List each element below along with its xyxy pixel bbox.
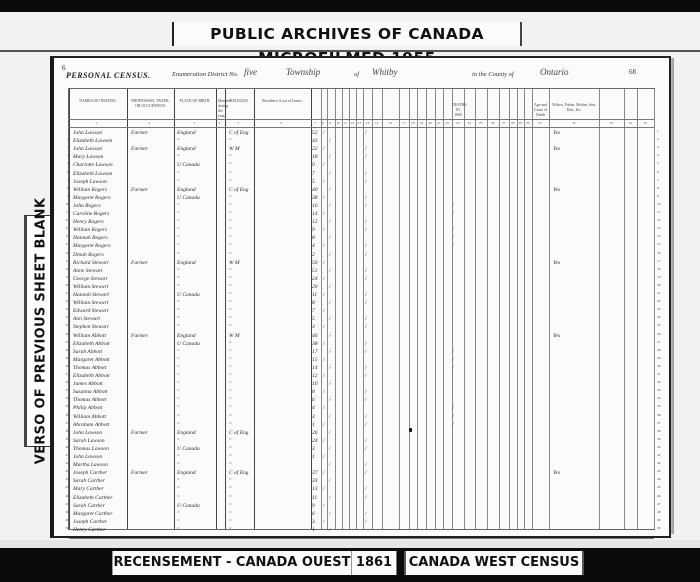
row-number: 21 [59, 291, 69, 295]
row-number-right: 48 [657, 510, 667, 514]
column-header: Widow, Father, Mother, Son, Dau., &c. [549, 103, 599, 113]
county-label: in the County of [472, 71, 514, 78]
row-number: 26 [59, 332, 69, 336]
row-number-right: 22 [657, 299, 667, 303]
row-number-right: 37 [657, 421, 667, 425]
of-value: Whitby [372, 67, 398, 77]
row-number-right: 40 [657, 445, 667, 449]
row-number-right: 41 [657, 453, 667, 457]
row-number: 27 [59, 340, 69, 344]
inmate-name: Henry Carther [73, 526, 106, 535]
row-number-right: 44 [657, 477, 667, 481]
row-number-right: 36 [657, 413, 667, 417]
row-number-right: 30 [657, 364, 667, 368]
row-number-right: 33 [657, 388, 667, 392]
row-number: 4 [59, 153, 69, 157]
row-number: 16 [59, 251, 69, 255]
row-number-right: 39 [657, 437, 667, 441]
page-number: 68 [629, 68, 636, 76]
column-number: 26 [491, 121, 495, 125]
column-header: PLACE OF BIRTH. [176, 99, 214, 104]
row-number-right: 10 [657, 202, 667, 206]
column-number: 12 [351, 121, 355, 125]
row-number: 47 [59, 502, 69, 506]
of-label: of [354, 71, 359, 78]
column-number: 23 [456, 121, 460, 125]
column-number: 20 [429, 121, 433, 125]
county-value: Ontario [540, 67, 569, 77]
row-number-right: 16 [657, 251, 667, 255]
row-number: 50 [59, 526, 69, 530]
row-number-right: 26 [657, 332, 667, 336]
column-number: 30 [526, 121, 530, 125]
column-number: 35 [644, 121, 648, 125]
row-number: 43 [59, 469, 69, 473]
row-number: 37 [59, 421, 69, 425]
row-number-right: 43 [657, 469, 667, 473]
row-number: 42 [59, 461, 69, 465]
column-number: 6 [281, 121, 283, 125]
header-rule [69, 119, 654, 120]
row-number-right: 28 [657, 348, 667, 352]
row-number: 46 [59, 494, 69, 498]
row-number-right: 32 [657, 380, 667, 384]
column-number: 29 [519, 121, 523, 125]
row-number-right: 18 [657, 267, 667, 271]
row-number: 13 [59, 226, 69, 230]
column-number: 32 [572, 121, 576, 125]
table-row: 50Henry Carther""1/50 [69, 526, 654, 535]
row-number: 20 [59, 283, 69, 287]
row-number-right: 25 [657, 323, 667, 327]
column-header: Residence if out of Limits. [256, 99, 309, 104]
column-number: 7 [314, 121, 316, 125]
header-rule [69, 127, 654, 128]
row-number: 28 [59, 348, 69, 352]
column-number: 22 [446, 121, 450, 125]
row-number-right: 3 [657, 145, 667, 149]
row-number: 34 [59, 396, 69, 400]
column-header: DEATHS IN 1860 [452, 103, 464, 118]
column-number: 19 [420, 121, 424, 125]
census-label: CANADA WEST CENSUS [404, 551, 584, 575]
row-number: 9 [59, 194, 69, 198]
column-number: 27 [502, 121, 506, 125]
row-number: 18 [59, 267, 69, 271]
column-header: PROFESSION, TRADE, OR OCCUPATION. [129, 99, 172, 109]
column-number: 28 [511, 121, 515, 125]
column-header: Married during the year. [218, 99, 223, 119]
row-number: 2 [59, 137, 69, 141]
census-label-text: CANADA WEST CENSUS [406, 551, 582, 575]
column-number: 5 [238, 121, 240, 125]
column-number: 21 [437, 121, 441, 125]
column-number: 34 [629, 121, 633, 125]
row-number-right: 14 [657, 234, 667, 238]
row-number: 35 [59, 404, 69, 408]
row-number-right: 31 [657, 372, 667, 376]
column-number: 11 [344, 121, 347, 125]
column-number: 10 [337, 121, 341, 125]
age: 1 [312, 526, 315, 535]
column-number: 1 [96, 121, 98, 125]
recensement-label: RECENSEMENT - CANADA OUEST [112, 551, 352, 575]
row-number: 41 [59, 453, 69, 457]
row-number: 3 [59, 145, 69, 149]
row-number: 12 [59, 218, 69, 222]
column-header: NAMES OF INMATES. [71, 99, 125, 104]
column-number: 2 [149, 121, 151, 125]
row-number: 11 [59, 210, 69, 214]
row-number-right: 20 [657, 283, 667, 287]
row-number-right: 9 [657, 194, 667, 198]
row-number-right: 23 [657, 307, 667, 311]
year-text: 1861 [352, 551, 396, 575]
row-number: 30 [59, 364, 69, 368]
row-number-right: 24 [657, 315, 667, 319]
column-header: Age and Cause of Death [532, 103, 549, 118]
row-number: 49 [59, 518, 69, 522]
form-title: PERSONAL CENSUS. [66, 71, 151, 80]
row-number-right: 4 [657, 153, 667, 157]
row-number-right: 46 [657, 494, 667, 498]
row-number: 22 [59, 299, 69, 303]
row-number-right: 15 [657, 242, 667, 246]
religion: " [229, 526, 231, 535]
row-number-right: 29 [657, 356, 667, 360]
column-number: 25 [479, 121, 483, 125]
row-number: 31 [59, 372, 69, 376]
row-number-right: 49 [657, 518, 667, 522]
ink-blot [409, 428, 412, 432]
verso-label-text: VERSO OF PREVIOUS SHEET BLANK [34, 198, 49, 464]
row-number: 8 [59, 186, 69, 190]
row-number-right: 2 [657, 137, 667, 141]
census-form: 6 PERSONAL CENSUS. Enumeration District … [50, 56, 671, 538]
row-number: 15 [59, 242, 69, 246]
row-number: 19 [59, 275, 69, 279]
row-number: 36 [59, 413, 69, 417]
frame-bottom-strip [0, 540, 700, 548]
row-number: 38 [59, 429, 69, 433]
column-header: RELIGION. [227, 99, 252, 104]
column-number: 3 [193, 121, 195, 125]
table-column-line [654, 89, 655, 529]
row-number-right: 1 [657, 129, 667, 133]
row-number-right: 19 [657, 275, 667, 279]
row-number-right: 12 [657, 218, 667, 222]
township-value: Township [286, 67, 320, 77]
year-label: 1861 [352, 551, 397, 575]
row-number-right: 6 [657, 170, 667, 174]
column-number: 9 [329, 121, 331, 125]
row-number-right: 38 [657, 429, 667, 433]
row-number-right: 17 [657, 259, 667, 263]
sex-tick: / [329, 526, 331, 535]
row-number-right: 27 [657, 340, 667, 344]
column-number: 14 [366, 121, 370, 125]
row-number-right: 5 [657, 161, 667, 165]
column-number: 4 [219, 121, 221, 125]
row-number: 29 [59, 356, 69, 360]
district-value: five [244, 67, 257, 77]
row-number: 14 [59, 234, 69, 238]
row-number: 6 [59, 170, 69, 174]
row-number-right: 21 [657, 291, 667, 295]
row-number: 1 [59, 129, 69, 133]
corner-mark: 6 [62, 64, 66, 72]
row-number-right: 47 [657, 502, 667, 506]
row-number: 44 [59, 477, 69, 481]
row-number-right: 45 [657, 485, 667, 489]
column-number: 31 [539, 121, 543, 125]
row-number: 45 [59, 485, 69, 489]
column-number: 13 [358, 121, 362, 125]
column-number: 18 [411, 121, 415, 125]
row-number: 7 [59, 178, 69, 182]
row-number-right: 13 [657, 226, 667, 230]
column-number: 33 [610, 121, 614, 125]
row-number-right: 8 [657, 186, 667, 190]
row-number-right: 42 [657, 461, 667, 465]
row-number: 23 [59, 307, 69, 311]
row-number-right: 50 [657, 526, 667, 530]
column-number: 16 [389, 121, 393, 125]
row-number: 32 [59, 380, 69, 384]
row-number-right: 35 [657, 404, 667, 408]
row-number: 5 [59, 161, 69, 165]
column-number: 8 [322, 121, 324, 125]
row-number: 40 [59, 445, 69, 449]
row-number: 10 [59, 202, 69, 206]
row-number: 24 [59, 315, 69, 319]
row-number: 33 [59, 388, 69, 392]
row-number-right: 7 [657, 178, 667, 182]
row-number: 48 [59, 510, 69, 514]
place-of-birth: " [177, 526, 179, 535]
census-table: NAMES OF INMATES.PROFESSION, TRADE, OR O… [68, 88, 655, 530]
row-number: 25 [59, 323, 69, 327]
column-number: 15 [375, 121, 379, 125]
archive-banner: PUBLIC ARCHIVES OF CANADA MICROFILMED 19… [172, 22, 522, 46]
column-number: 24 [468, 121, 472, 125]
row-number-right: 11 [657, 210, 667, 214]
totals-rule [69, 538, 654, 539]
column-number: 17 [402, 121, 406, 125]
row-number-right: 34 [657, 396, 667, 400]
row-number: 17 [59, 259, 69, 263]
district-label: Enumeration District No. [172, 71, 238, 78]
recensement-text: RECENSEMENT - CANADA OUEST [113, 551, 351, 575]
row-number: 39 [59, 437, 69, 441]
